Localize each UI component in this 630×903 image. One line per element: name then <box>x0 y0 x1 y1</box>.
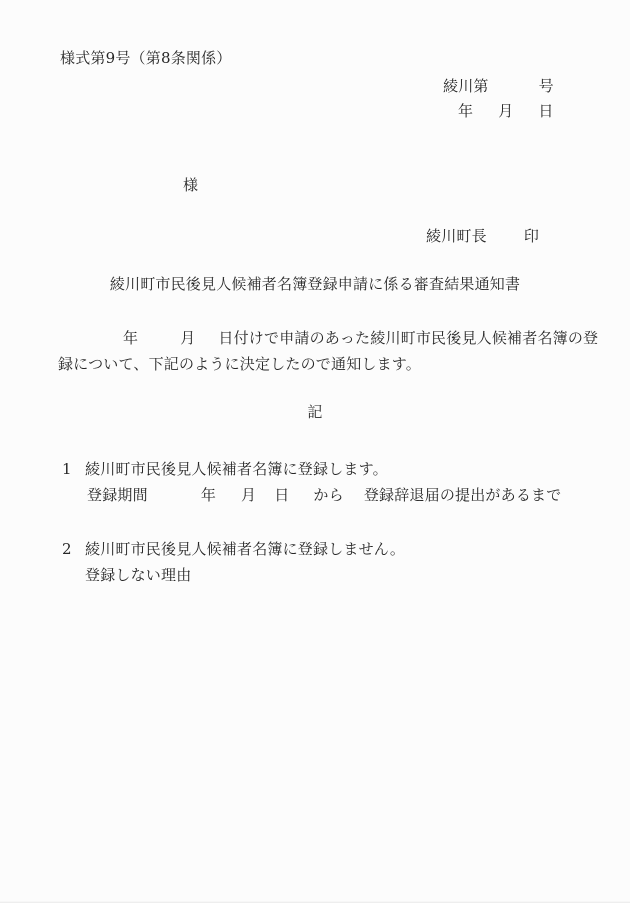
date-month-label: 月 <box>498 103 513 119</box>
item-1-line: 1綾川町市民後見人候補者名簿に登録します。 <box>62 461 388 477</box>
document-page: 様式第9号（第8条関係） 綾川第号 年月日 様 綾川町長印 綾川町市民後見人候補… <box>0 0 630 903</box>
sender-line: 綾川町長印 <box>426 228 539 244</box>
body-line-2: 録について、下記のように決定したので通知します。 <box>58 356 421 372</box>
item-2-line: 2綾川町市民後見人候補者名簿に登録しません。 <box>62 541 405 557</box>
date-day-label: 日 <box>538 103 553 119</box>
body-year-label: 年 <box>123 329 138 347</box>
body-line-1: 年月日付けで申請のあった綾川町市民後見人候補者名簿の登 <box>123 330 598 346</box>
item-2-number: 2 <box>62 541 85 557</box>
date-line: 年月日 <box>458 103 554 119</box>
item-1-text: 綾川町市民後見人候補者名簿に登録します。 <box>85 460 388 478</box>
body-line-1-text: 日付けで申請のあった綾川町市民後見人候補者名簿の登 <box>218 330 598 346</box>
item-2-detail-line: 登録しない理由 <box>85 567 191 583</box>
period-day-label: 日 <box>274 487 289 503</box>
form-number: 様式第9号（第8条関係） <box>60 50 232 66</box>
date-year-label: 年 <box>458 102 473 120</box>
period-from-label: から <box>313 487 343 503</box>
doc-number-suffix: 号 <box>539 78 554 94</box>
registration-period-label: 登録期間 <box>87 486 148 504</box>
ki-marker: 記 <box>0 404 630 420</box>
item-1-number: 1 <box>62 461 85 477</box>
doc-number-prefix: 綾川第 <box>443 77 489 95</box>
body-month-label: 月 <box>180 330 195 346</box>
document-title: 綾川町市民後見人候補者名簿登録申請に係る審査結果通知書 <box>0 276 630 292</box>
sender-name: 綾川町長 <box>426 227 487 245</box>
period-year-label: 年 <box>201 487 216 503</box>
item-2-text: 綾川町市民後見人候補者名簿に登録しません。 <box>85 540 405 558</box>
period-month-label: 月 <box>241 487 256 503</box>
doc-number-line: 綾川第号 <box>443 78 554 94</box>
item-1-detail-line: 登録期間年月日から登録辞退届の提出があるまで <box>87 487 561 503</box>
period-until-text: 登録辞退届の提出があるまで <box>364 487 562 503</box>
addressee-honorific: 様 <box>183 177 198 193</box>
seal-placeholder: 印 <box>524 228 539 244</box>
